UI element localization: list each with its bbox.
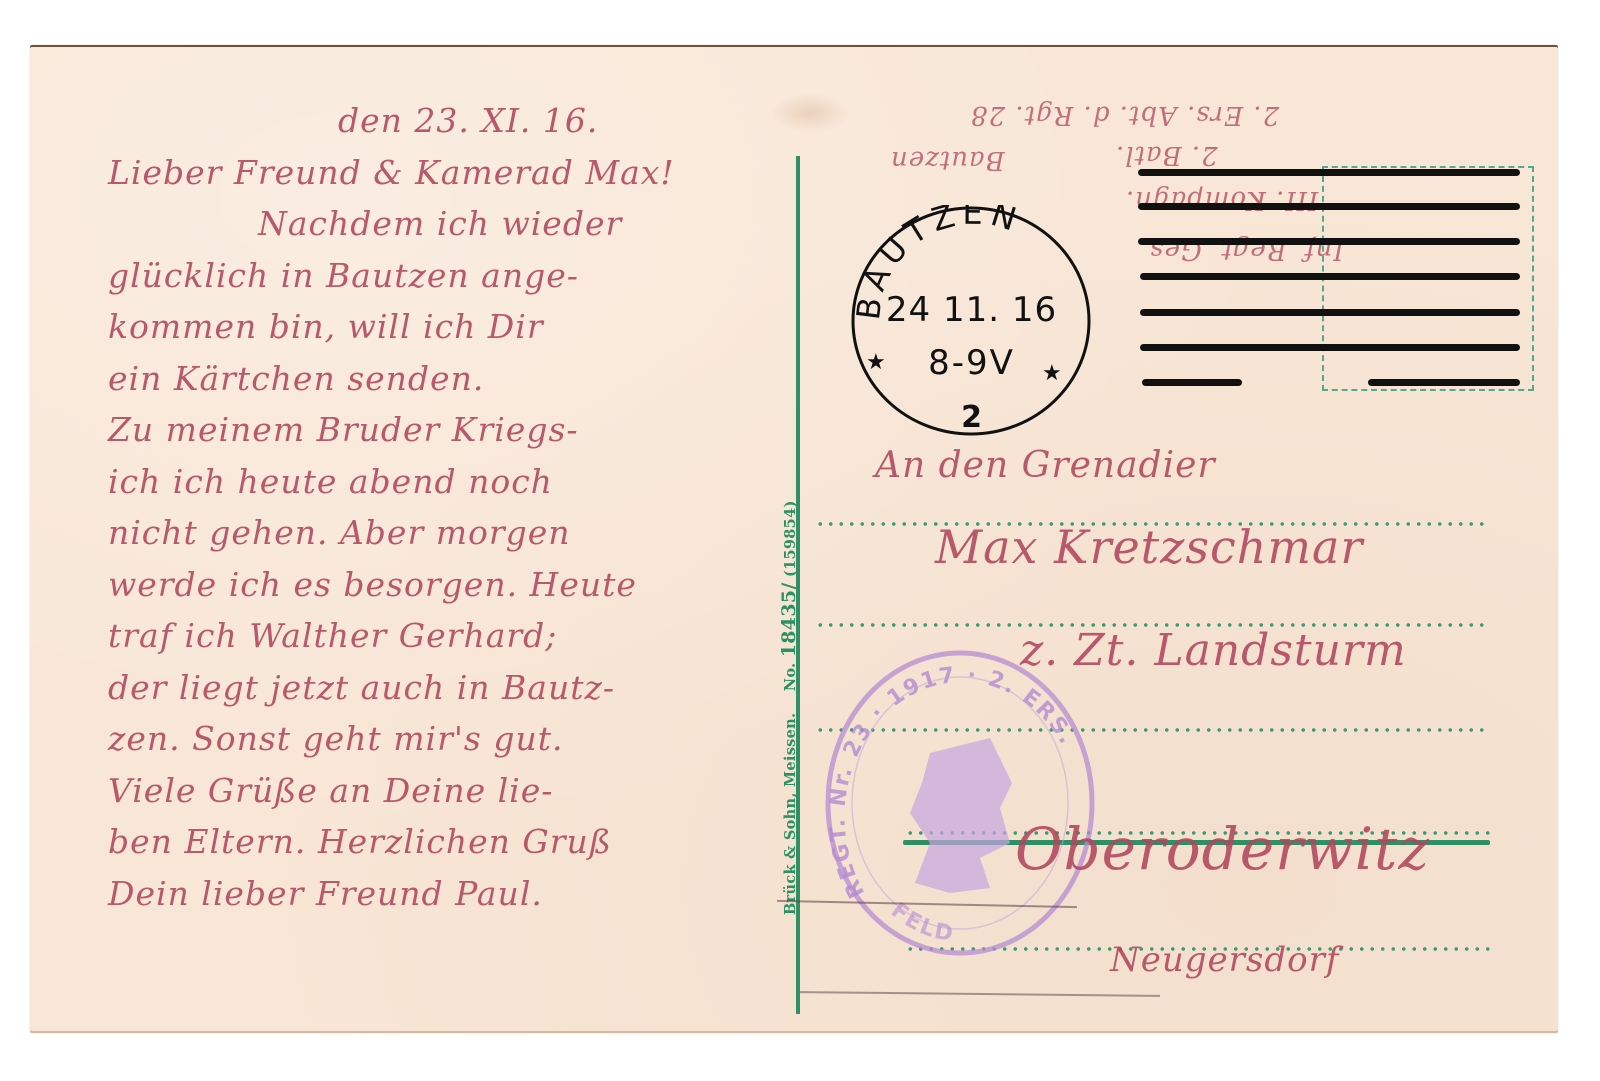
address-district: Neugersdorf bbox=[1110, 940, 1339, 980]
star-icon: ★ bbox=[866, 350, 886, 375]
message-line: kommen bin, will ich Dir bbox=[108, 301, 675, 353]
message-line: ein Kärtchen senden. bbox=[108, 353, 675, 405]
message-line: Dein lieber Freund Paul. bbox=[108, 868, 675, 920]
cancel-bar bbox=[1138, 169, 1520, 176]
cachet-text-bottom: FELD bbox=[886, 898, 957, 947]
handwritten-message: den 23. XI. 16. Lieber Freund & Kamerad … bbox=[108, 95, 675, 919]
upside-down-note: 2. Ers. Abt. d. Rgt. 28 bbox=[970, 100, 1279, 130]
upside-down-note: Bautzen bbox=[890, 145, 1005, 175]
address-unit: z. Zt. Landsturm bbox=[1020, 625, 1407, 676]
imprint-catalog: (159854) bbox=[782, 500, 799, 577]
upside-down-note: III. Kompagn. bbox=[1125, 185, 1318, 215]
publisher-name: Brück & Sohn, Meissen. bbox=[782, 713, 799, 915]
cancel-bar bbox=[1140, 273, 1520, 280]
pencil-strike bbox=[800, 991, 1160, 997]
cancel-bar bbox=[1138, 238, 1520, 245]
cancel-bar bbox=[1138, 203, 1520, 210]
imprint-number: 18435/ bbox=[778, 582, 800, 657]
message-line: nicht gehen. Aber morgen bbox=[108, 507, 675, 559]
postmark-date: 24 11. 16 bbox=[850, 290, 1093, 330]
message-line: ben Eltern. Herzlichen Gruß bbox=[108, 816, 675, 868]
upside-down-note: 2. Batl. bbox=[1115, 140, 1218, 170]
cancel-bar bbox=[1140, 309, 1520, 316]
cancel-bar bbox=[1140, 344, 1520, 351]
message-line: Viele Grüße an Deine lie- bbox=[108, 765, 675, 817]
address-recipient-name: Max Kretzschmar bbox=[935, 520, 1363, 574]
saxon-crest-icon bbox=[910, 738, 1012, 893]
regimental-cachet: REGT. Nr. 23 · 1917 · 2. ERS. FELD bbox=[820, 643, 1100, 961]
message-line: Zu meinem Bruder Kriegs- bbox=[108, 404, 675, 456]
address-recipient-title: An den Grenadier bbox=[875, 445, 1216, 486]
message-line: der liegt jetzt auch in Bautz- bbox=[108, 662, 675, 714]
star-icon: ★ bbox=[1042, 361, 1062, 386]
message-line: glücklich in Bautzen ange- bbox=[108, 250, 675, 302]
imprint-number-label: No. bbox=[782, 663, 799, 692]
postcard: den 23. XI. 16. Lieber Freund & Kamerad … bbox=[30, 45, 1558, 1033]
message-line: ich ich heute abend noch bbox=[108, 456, 675, 508]
postmark-office-number: 2 bbox=[850, 400, 1093, 435]
message-line: zen. Sonst geht mir's gut. bbox=[108, 713, 675, 765]
message-date: den 23. XI. 16. bbox=[108, 95, 675, 147]
publisher-imprint: Brück & Sohn, Meissen. No. 18435/ (15985… bbox=[778, 500, 800, 915]
message-line: Lieber Freund & Kamerad Max! bbox=[108, 147, 675, 199]
message-line: Nachdem ich wieder bbox=[108, 198, 675, 250]
postmark: BAUTZEN 24 11. 16 8-9V 2 ★ ★ bbox=[850, 205, 1093, 438]
paper-stain bbox=[770, 93, 850, 133]
address-town: Oberoderwitz bbox=[1015, 815, 1430, 883]
cancel-bar bbox=[1368, 379, 1520, 386]
message-line: werde ich es besorgen. Heute bbox=[108, 559, 675, 611]
svg-text:FELD: FELD bbox=[886, 898, 957, 947]
message-line: traf ich Walther Gerhard; bbox=[108, 610, 675, 662]
cancel-bar bbox=[1142, 379, 1242, 386]
